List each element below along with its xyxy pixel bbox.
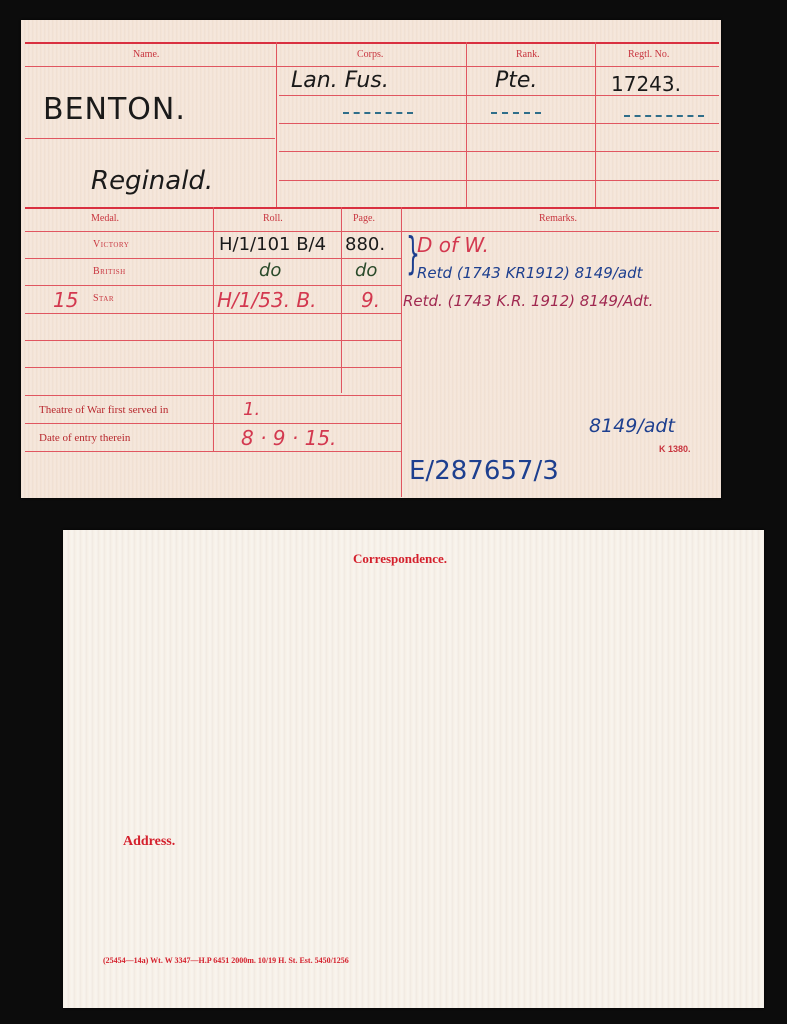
medal-card-front: Name. Corps. Rank. Regtl. No. BENTON. Re… <box>21 20 721 498</box>
roll-header: Roll. <box>263 213 283 224</box>
rank-value: Pte. <box>495 68 537 93</box>
rule <box>279 151 719 152</box>
rule <box>279 123 719 124</box>
roll-british: do <box>259 260 281 281</box>
page-victory: 880. <box>345 234 385 255</box>
remarks-line-2: Retd (1743 KR1912) 8149/adt <box>417 264 643 282</box>
reference-number: E/287657/3 <box>409 456 559 486</box>
medal-name-victory: Victory <box>93 239 129 250</box>
rule <box>466 42 467 207</box>
rule <box>25 231 719 232</box>
page-star: 9. <box>361 288 380 312</box>
forename: Reginald. <box>91 166 213 196</box>
medal-card-back: Correspondence. Address. (25454—14a) Wt.… <box>63 530 764 1008</box>
rule <box>213 207 214 451</box>
page-header: Page. <box>353 213 375 224</box>
page-british: do <box>355 260 377 281</box>
rule <box>595 42 596 207</box>
medal-name-star: Star <box>93 293 114 304</box>
form-number: K 1380. <box>659 444 691 454</box>
rule <box>25 66 719 67</box>
roll-victory: H/1/101 B/4 <box>219 234 326 255</box>
corps-header: Corps. <box>357 49 383 60</box>
surname: BENTON. <box>43 92 186 127</box>
regtl-no-value: 17243. <box>611 72 681 96</box>
rule <box>25 138 275 139</box>
print-line: (25454—14a) Wt. W 3347—H.P 6451 2000m. 1… <box>103 956 349 965</box>
date-label: Date of entry therein <box>39 432 130 444</box>
rank-header: Rank. <box>516 49 540 60</box>
rule <box>276 42 277 207</box>
rule <box>25 451 401 452</box>
theatre-value: 1. <box>243 399 260 420</box>
remarks-line-1: D of W. <box>417 233 489 257</box>
remarks-header: Remarks. <box>539 213 577 224</box>
remarks-line-3: Retd. (1743 K.R. 1912) 8149/Adt. <box>403 292 653 310</box>
rule <box>341 207 342 393</box>
ditto-mark <box>343 112 413 114</box>
ditto-mark <box>624 115 704 117</box>
theatre-label: Theatre of War first served in <box>39 404 168 416</box>
date-value: 8 · 9 · 15. <box>241 426 336 450</box>
medal-header: Medal. <box>91 213 119 224</box>
rule <box>25 42 719 44</box>
rule <box>401 207 402 497</box>
corps-value: Lan. Fus. <box>291 68 389 93</box>
bottom-note: 8149/adt <box>589 415 675 437</box>
name-header: Name. <box>133 49 159 60</box>
roll-star: H/1/53. B. <box>217 288 316 312</box>
medal-name-british: British <box>93 266 126 277</box>
correspondence-heading: Correspondence. <box>353 551 447 567</box>
ditto-mark <box>491 112 541 114</box>
rule <box>25 207 719 209</box>
rule <box>279 180 719 181</box>
regtl-no-header: Regtl. No. <box>628 49 669 60</box>
address-label: Address. <box>123 834 175 850</box>
medal-prefix-star: 15 <box>53 288 78 312</box>
